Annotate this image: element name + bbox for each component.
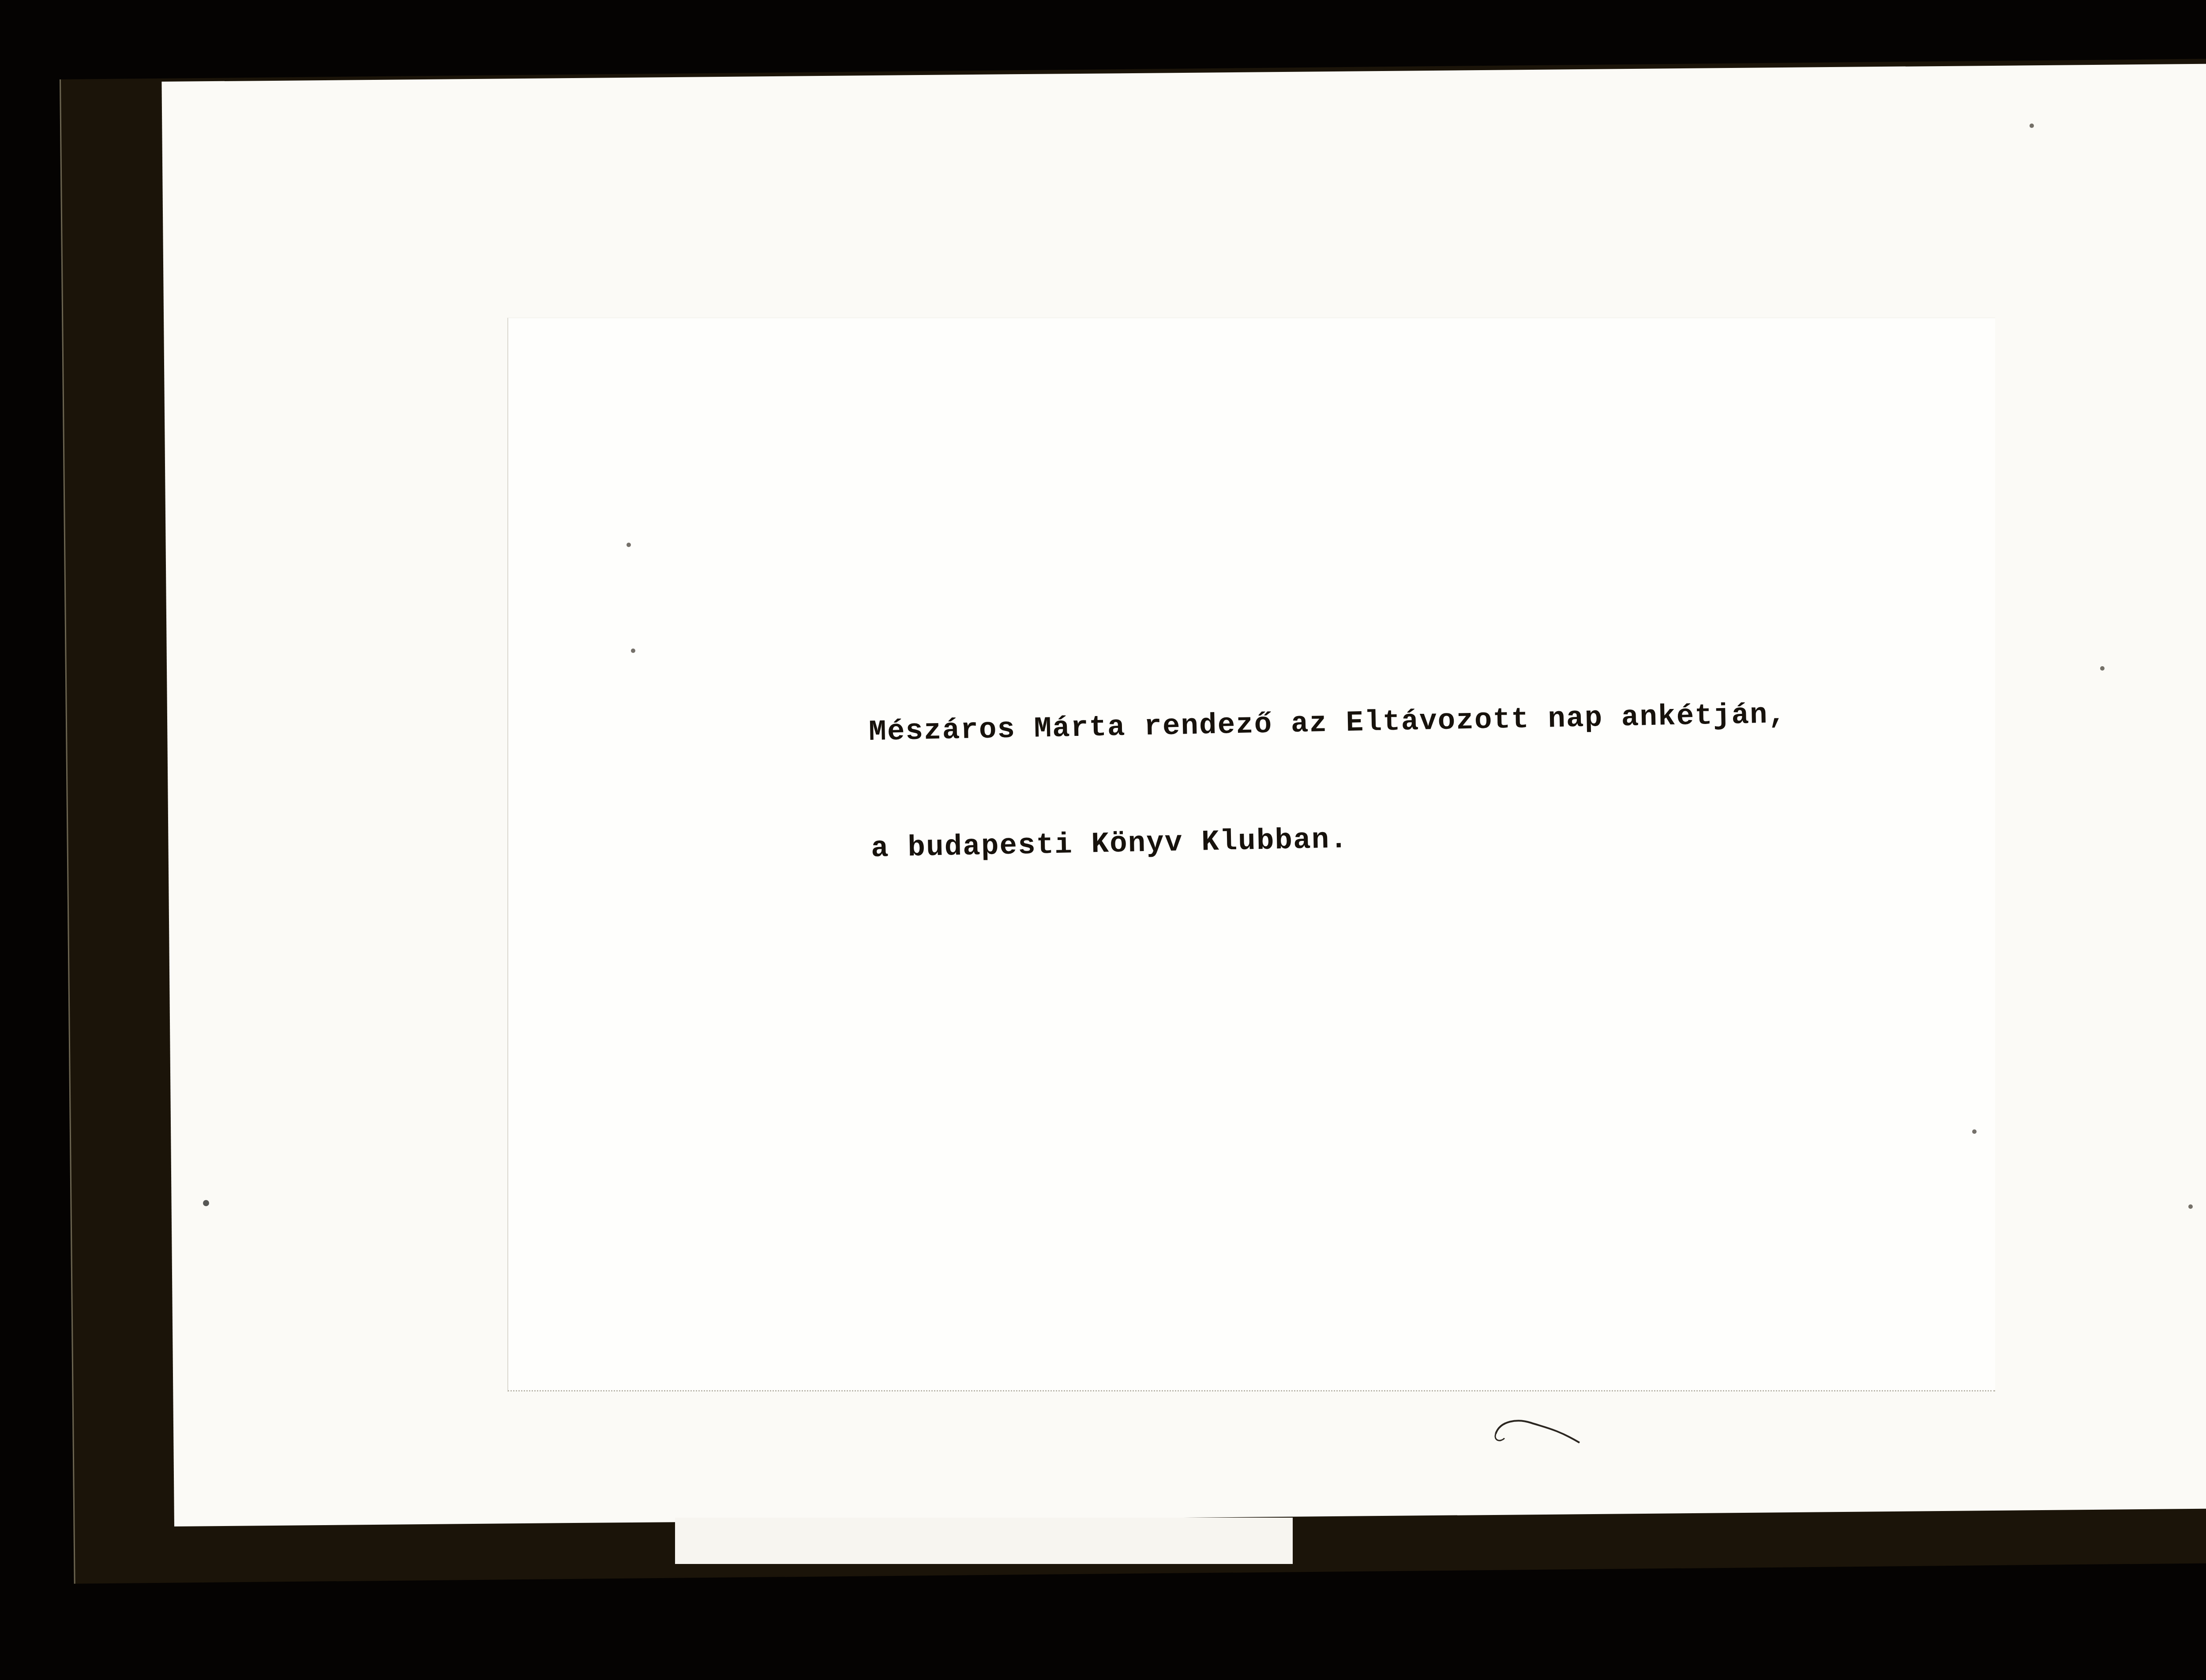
dust-speck — [1972, 1129, 1977, 1134]
caption-line-2: a budapesti Könyv Klubban. — [870, 812, 1789, 868]
dust-speck — [2188, 1204, 2193, 1209]
dust-speck — [627, 543, 631, 547]
dust-speck — [2100, 666, 2105, 671]
dust-speck — [631, 649, 635, 653]
hair-scribble — [1491, 1416, 1588, 1447]
typed-caption: Mészáros Márta rendező az Eltávozott nap… — [867, 618, 1790, 907]
caption-line-1: Mészáros Márta rendező az Eltávozott nap… — [868, 695, 1787, 752]
print-tab — [675, 1518, 1293, 1564]
dust-speck — [2030, 124, 2034, 128]
dust-speck — [203, 1200, 209, 1206]
